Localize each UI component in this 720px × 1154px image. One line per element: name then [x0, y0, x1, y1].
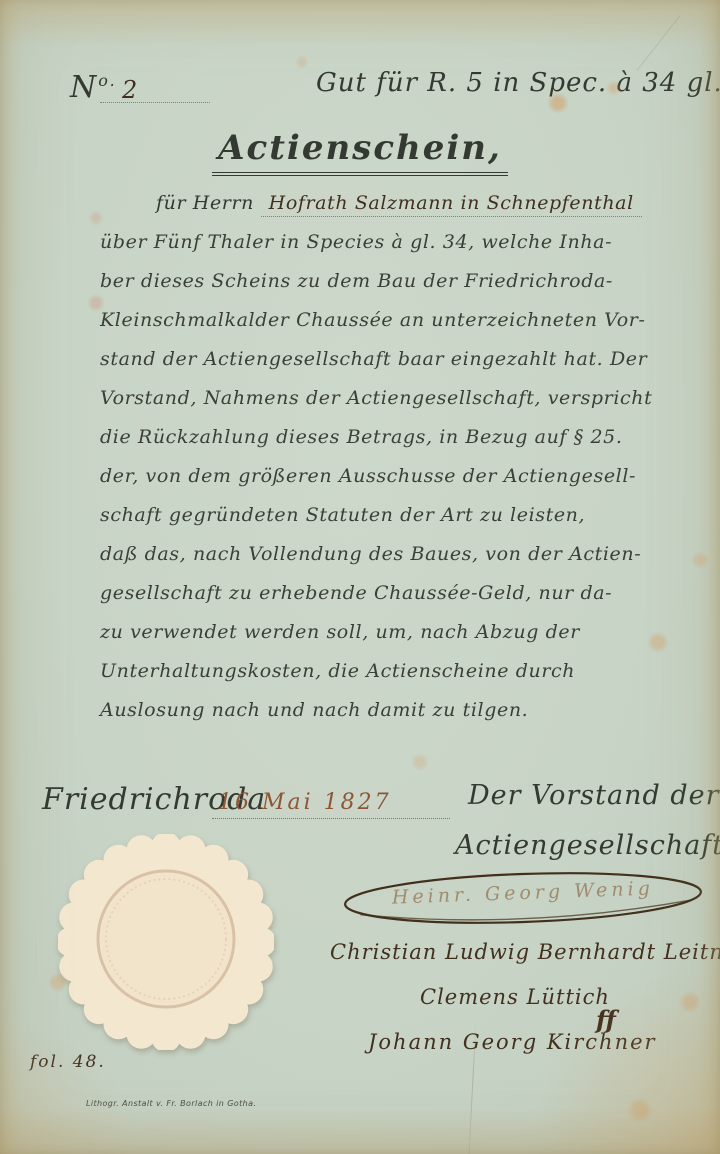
number-label-sup: o.	[98, 71, 116, 90]
number-dotted-line	[100, 102, 210, 103]
page-title: Actienschein,	[212, 128, 508, 176]
signature-2: Clemens Lüttich	[420, 985, 610, 1009]
body-line-13: Unterhaltungskosten, die Actienscheine d…	[100, 660, 656, 699]
number-value: 2	[122, 76, 137, 104]
folio-note: fol. 48.	[30, 1052, 106, 1072]
body-line-12: zu verwendet werden soll, um, nach Abzug…	[100, 621, 656, 660]
body-line-8: der, von dem größeren Ausschusse der Act…	[100, 465, 656, 504]
corner-crease	[637, 15, 681, 71]
signature-1: Christian Ludwig Bernhardt Leitner	[330, 940, 720, 964]
signature-3: Johann Georg Kirchner	[368, 1030, 657, 1054]
body-line-9: schaft gegründeten Statuten der Art zu l…	[100, 504, 656, 543]
date-value: 16 Mai 1827	[218, 790, 392, 815]
number-label: No.	[70, 70, 117, 105]
body-line-2: über Fünf Thaler in Species à gl. 34, we…	[100, 231, 656, 270]
body-line-14: Auslosung nach und nach damit zu tilgen.	[100, 699, 656, 738]
body-line-6: Vorstand, Nahmens der Actiengesellschaft…	[100, 387, 656, 426]
date-dotted-line	[212, 818, 450, 819]
holder-name-fill: Hofrath Salzmann in Schnepfenthal	[261, 192, 642, 217]
body-line-5: stand der Actiengesellschaft baar eingez…	[100, 348, 656, 387]
body-line-7: die Rückzahlung dieses Betrags, in Bezug…	[100, 426, 656, 465]
title-row: Actienschein,	[0, 128, 720, 176]
body-line-1: für Herrn Hofrath Salzmann in Schnepfent…	[100, 192, 656, 231]
body-text: für Herrn Hofrath Salzmann in Schnepfent…	[100, 192, 656, 738]
embossed-seal	[58, 834, 274, 1050]
body-line-4: Kleinschmalkalder Chaussée an unterzeich…	[100, 309, 656, 348]
board-line-2: Actiengesellschaft	[455, 830, 720, 861]
body-line-11: gesellschaft zu erhebende Chaussée-Geld,…	[100, 582, 656, 621]
body-line-10: daß das, nach Vollendung des Baues, von …	[100, 543, 656, 582]
body-line-1-printed: für Herrn	[156, 192, 254, 214]
value-note: Gut für R. 5 in Spec. à 34 gl.	[316, 68, 720, 98]
board-line-1: Der Vorstand der	[468, 780, 720, 811]
lithographer-imprint: Lithogr. Anstalt v. Fr. Borlach in Gotha…	[86, 1099, 256, 1108]
oval-signature-frame: Heinr. Georg Wenig	[339, 862, 707, 935]
body-line-3: ber dieses Scheins zu dem Bau der Friedr…	[100, 270, 656, 309]
certificate-paper: No. 2 Gut für R. 5 in Spec. à 34 gl. Act…	[0, 0, 720, 1154]
